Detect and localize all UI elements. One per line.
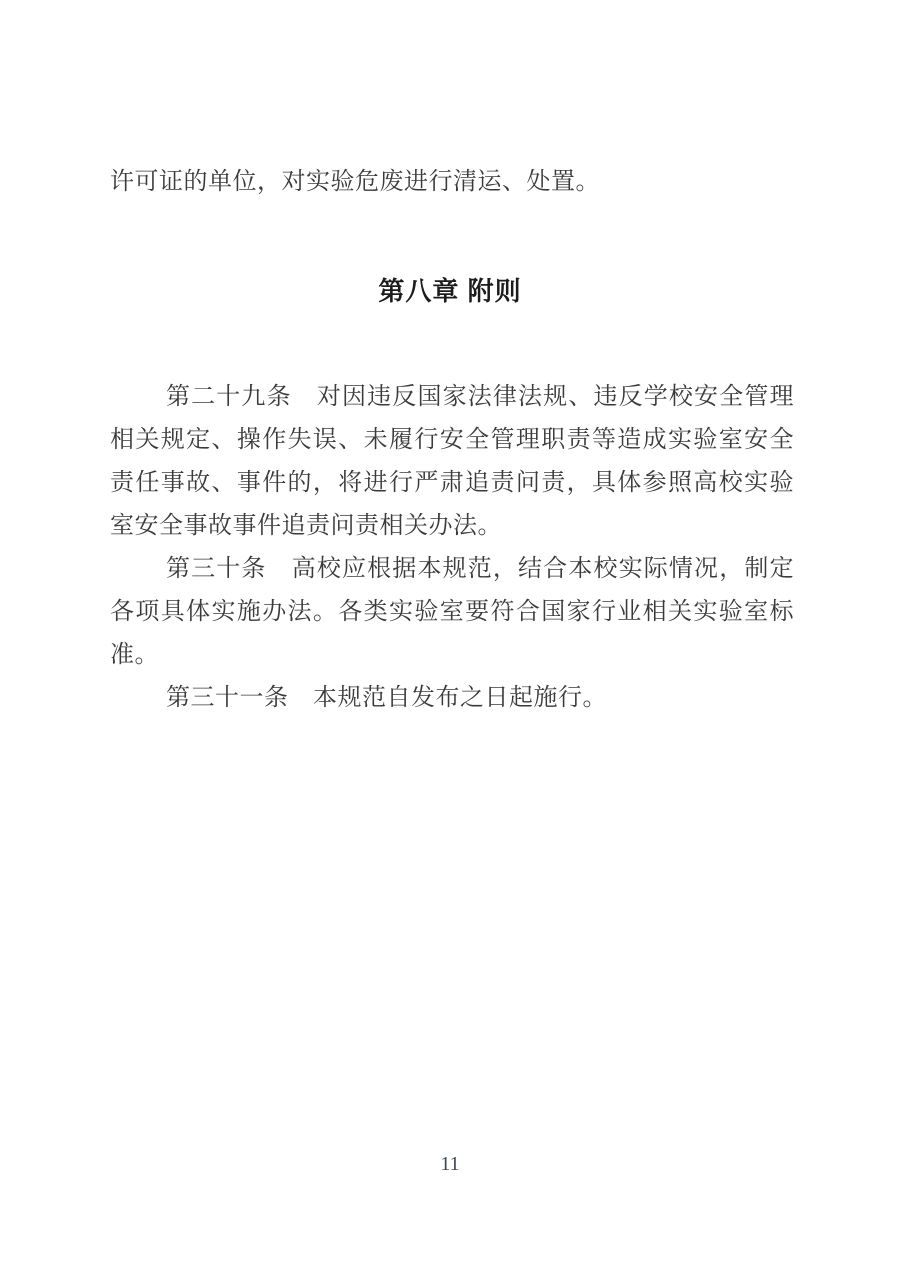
document-page: 许可证的单位，对实验危废进行清运、处置。 第八章 附则 第二十九条 对因违反国家… xyxy=(0,0,900,1272)
document-body: 第二十九条 对因违反国家法律法规、违反学校安全管理相关规定、操作失误、未履行安全… xyxy=(110,376,794,720)
paragraph-continuation: 许可证的单位，对实验危废进行清运、处置。 xyxy=(110,161,794,204)
article-30-paragraph: 第三十条 高校应根据本规范，结合本校实际情况，制定各项具体实施办法。各类实验室要… xyxy=(110,548,794,677)
article-29-paragraph: 第二十九条 对因违反国家法律法规、违反学校安全管理相关规定、操作失误、未履行安全… xyxy=(110,376,794,548)
article-31-paragraph: 第三十一条 本规范自发布之日起施行。 xyxy=(110,677,794,720)
chapter-heading: 第八章 附则 xyxy=(0,270,900,313)
page-number: 11 xyxy=(0,1150,900,1178)
